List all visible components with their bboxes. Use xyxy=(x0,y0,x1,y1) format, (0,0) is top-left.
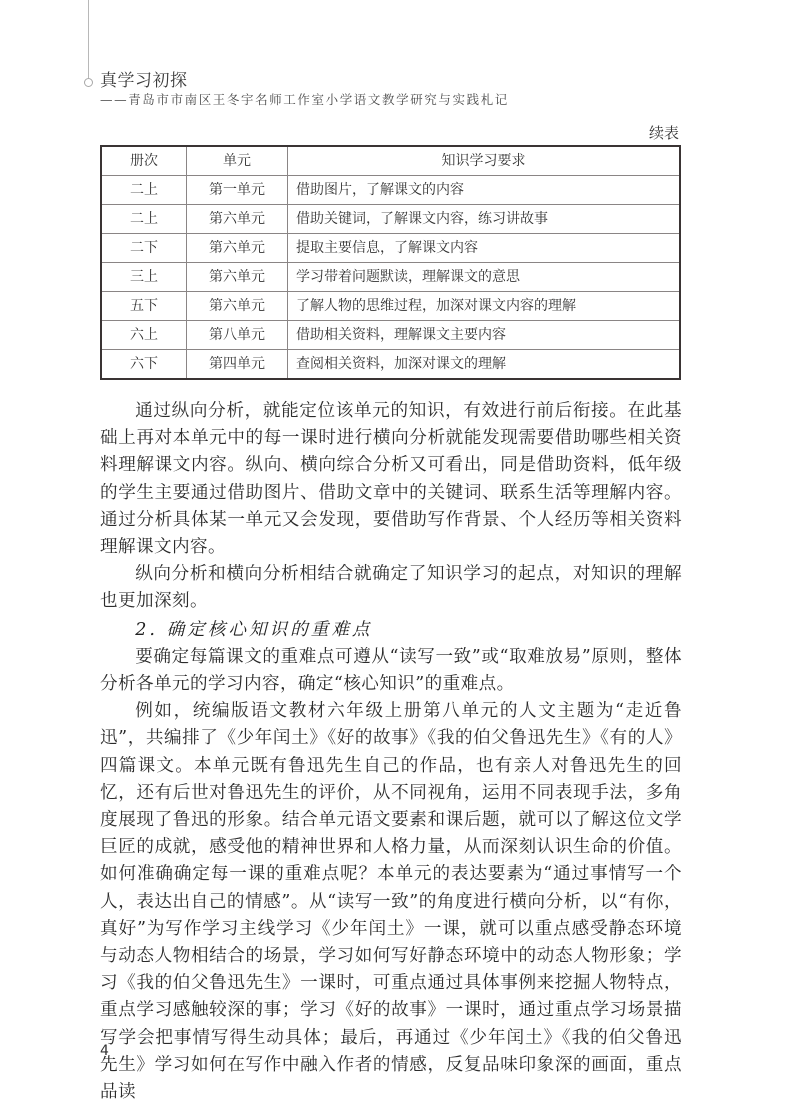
cell-requirement: 借助相关资料，理解课文主要内容 xyxy=(288,321,681,350)
cell-volume: 三上 xyxy=(101,263,187,292)
column-header-requirement: 知识学习要求 xyxy=(288,146,681,176)
table-header-row: 册次 单元 知识学习要求 xyxy=(101,146,680,176)
margin-rule-line xyxy=(88,0,89,78)
cell-requirement: 查阅相关资料，加深对课文的理解 xyxy=(288,350,681,380)
cell-requirement: 借助图片，了解课文的内容 xyxy=(288,176,681,205)
cell-volume: 二下 xyxy=(101,234,187,263)
running-title: 真学习初探 xyxy=(100,70,188,92)
cell-requirement: 了解人物的思维过程，加深对课文内容的理解 xyxy=(288,292,681,321)
cell-volume: 六下 xyxy=(101,350,187,380)
running-subtitle: ——青岛市市南区王冬宇名师工作室小学语文教学研究与实践札记 xyxy=(100,91,509,109)
paragraph-key-points-principle: 要确定每篇课文的重难点可遵从“读写一致”或“取难放易”原则，整体分析各单元的学习… xyxy=(100,644,682,698)
cell-requirement: 学习带着问题默读，理解课文的意思 xyxy=(288,263,681,292)
table-row: 五下 第六单元 了解人物的思维过程，加深对课文内容的理解 xyxy=(101,292,680,321)
table-row: 六下 第四单元 查阅相关资料，加深对课文的理解 xyxy=(101,350,680,380)
cell-requirement: 借助关键词，了解课文内容，练习讲故事 xyxy=(288,205,681,234)
cell-unit: 第八单元 xyxy=(187,321,288,350)
column-header-unit: 单元 xyxy=(187,146,288,176)
table-row: 二下 第六单元 提取主要信息，了解课文内容 xyxy=(101,234,680,263)
table-row: 六上 第八单元 借助相关资料，理解课文主要内容 xyxy=(101,321,680,350)
cell-unit: 第一单元 xyxy=(187,176,288,205)
body-text: 通过纵向分析，就能定位该单元的知识，有效进行前后衔接。在此基础上再对本单元中的每… xyxy=(100,398,682,1106)
column-header-volume: 册次 xyxy=(101,146,187,176)
cell-unit: 第四单元 xyxy=(187,350,288,380)
table-row: 二上 第一单元 借助图片，了解课文的内容 xyxy=(101,176,680,205)
cell-volume: 五下 xyxy=(101,292,187,321)
paragraph-vertical-analysis: 通过纵向分析，就能定位该单元的知识，有效进行前后衔接。在此基础上再对本单元中的每… xyxy=(100,398,682,561)
cell-volume: 六上 xyxy=(101,321,187,350)
table-row: 三上 第六单元 学习带着问题默读，理解课文的意思 xyxy=(101,263,680,292)
cell-requirement: 提取主要信息，了解课文内容 xyxy=(288,234,681,263)
cell-volume: 二上 xyxy=(101,176,187,205)
paragraph-combined-analysis: 纵向分析和横向分析相结合就确定了知识学习的起点，对知识的理解也更加深刻。 xyxy=(100,561,682,615)
paragraph-example-lu-xun: 例如，统编版语文教材六年级上册第八单元的人文主题为“走近鲁迅”，共编排了《少年闰… xyxy=(100,698,682,1106)
knowledge-requirements-table: 册次 单元 知识学习要求 二上 第一单元 借助图片，了解课文的内容 二上 第六单… xyxy=(100,145,681,380)
cell-volume: 二上 xyxy=(101,205,187,234)
page-number: 4 xyxy=(100,1043,109,1059)
margin-circle-icon xyxy=(84,78,93,87)
cell-unit: 第六单元 xyxy=(187,205,288,234)
cell-unit: 第六单元 xyxy=(187,292,288,321)
cell-unit: 第六单元 xyxy=(187,234,288,263)
table-row: 二上 第六单元 借助关键词，了解课文内容，练习讲故事 xyxy=(101,205,680,234)
section-heading: 2. 确定核心知识的重难点 xyxy=(100,617,682,644)
table-caption: 续表 xyxy=(649,124,679,142)
cell-unit: 第六单元 xyxy=(187,263,288,292)
